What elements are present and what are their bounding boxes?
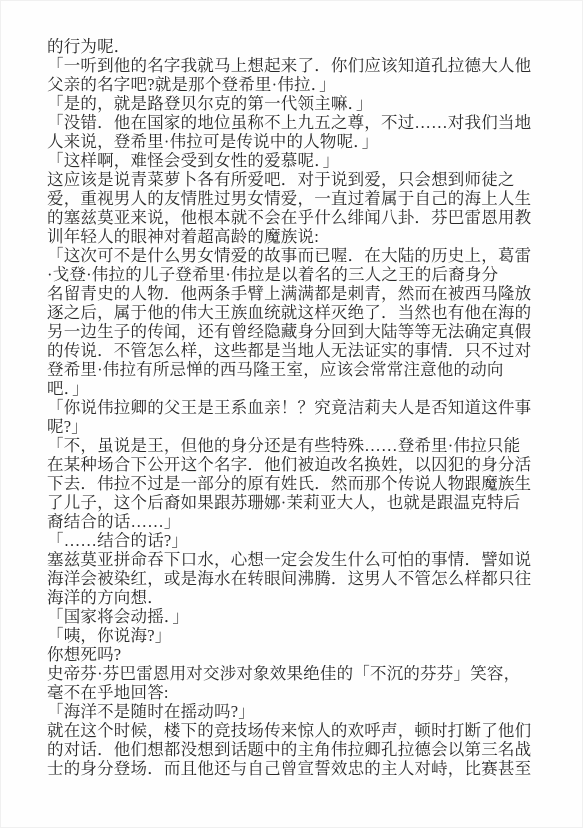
- text-line: 下去．伟拉不过是一部分的原有姓氏．然而那个传说人物跟魔族生: [47, 474, 539, 493]
- text-line: 另一边生子的传闻，还有曾经隐藏身分回到大陆等等无法确定真假: [47, 322, 539, 341]
- page-text: 的行为呢．「一听到他的名字我就马上想起来了．你们应该知道孔拉德大人他父亲的名字吧…: [47, 37, 539, 778]
- text-line: 人来说，登希里·伟拉可是传说中的人物呢．」: [47, 132, 539, 151]
- text-line: 的塞兹莫亚来说，他根本就不会在乎什么绯闻八卦．芬巴雷恩用教: [47, 208, 539, 227]
- text-line: 「……结合的话?」: [47, 531, 539, 550]
- text-line: 爱，重视男人的友情胜过男女情爱，一直过着属于自己的海上人生: [47, 189, 539, 208]
- text-line: 逐之后，属于他的伟大王族血统就这样灭绝了．当然也有他在海的: [47, 303, 539, 322]
- text-line: 「一听到他的名字我就马上想起来了．你们应该知道孔拉德大人他: [47, 56, 539, 75]
- text-line: 「这次可不是什么男女情爱的故事而已喔．在大陆的历史上，葛雷: [47, 246, 539, 265]
- text-line: 的行为呢．: [47, 37, 539, 56]
- text-line: 「没错．他在国家的地位虽称不上九五之尊，不过……对我们当地: [47, 113, 539, 132]
- text-line: 的对话．他们想都没想到话题中的主角伟拉卿孔拉德会以第三名战: [47, 740, 539, 759]
- text-line: 塞兹莫亚拼命吞下口水，心想一定会发生什么可怕的事情．譬如说: [47, 550, 539, 569]
- text-line: 在某种场合下公开这个名字．他们被迫改名换姓，以囚犯的身分活: [47, 455, 539, 474]
- text-line: 「咦，你说海?」: [47, 626, 539, 645]
- text-line: 的传说．不管怎么样，这些都是当地人无法证实的事情．只不过对: [47, 341, 539, 360]
- text-line: 毫不在乎地回答:: [47, 683, 539, 702]
- text-line: 「你说伟拉卿的父王是王系血亲！？究竟洁莉夫人是否知道这件事: [47, 398, 539, 417]
- text-line: 登希里·伟拉有所忌惮的西马隆王室，应该会常常注意他的动向: [47, 360, 539, 379]
- text-line: 吧．」: [47, 379, 539, 398]
- text-line: 呢?」: [47, 417, 539, 436]
- text-line: 父亲的名字吧?就是那个登希里·伟拉．」: [47, 75, 539, 94]
- text-line: ·戈登·伟拉的儿子登希里·伟拉是以着名的三人之王的后裔身分: [47, 265, 539, 284]
- text-line: 「国家将会动摇．」: [47, 607, 539, 626]
- text-line: 「海洋不是随时在摇动吗?」: [47, 702, 539, 721]
- text-line: 史帝芬·芬巴雷恩用对交涉对象效果绝佳的「不沉的芬芬」笑容，: [47, 664, 539, 683]
- text-line: 士的身分登场．而且他还与自己曾宣誓效忠的主人对峙，比赛甚至: [47, 759, 539, 778]
- text-line: 裔结合的话……」: [47, 512, 539, 531]
- text-line: 海洋的方向想．: [47, 588, 539, 607]
- text-line: 「是的，就是路登贝尔克的第一代领主嘛．」: [47, 94, 539, 113]
- text-line: 名留青史的人物．他两条手臂上满满都是刺青，然而在被西马隆放: [47, 284, 539, 303]
- text-line: 「这样啊，难怪会受到女性的爱慕呢．」: [47, 151, 539, 170]
- text-line: 了儿子，这个后裔如果跟苏珊娜·茉莉亚大人，也就是跟温克特后: [47, 493, 539, 512]
- text-line: 你想死吗?: [47, 645, 539, 664]
- text-line: 「不，虽说是王，但他的身分还是有些特殊……登希里·伟拉只能: [47, 436, 539, 455]
- text-line: 训年轻人的眼神对着超高龄的魔族说:: [47, 227, 539, 246]
- document-page: 的行为呢．「一听到他的名字我就马上想起来了．你们应该知道孔拉德大人他父亲的名字吧…: [0, 0, 583, 828]
- text-line: 就在这个时候，楼下的竞技场传来惊人的欢呼声，顿时打断了他们: [47, 721, 539, 740]
- text-line: 海洋会被染红，或是海水在转眼间沸腾．这男人不管怎么样都只往: [47, 569, 539, 588]
- text-line: 这应该是说青菜萝卜各有所爱吧．对于说到爱，只会想到师徒之: [47, 170, 539, 189]
